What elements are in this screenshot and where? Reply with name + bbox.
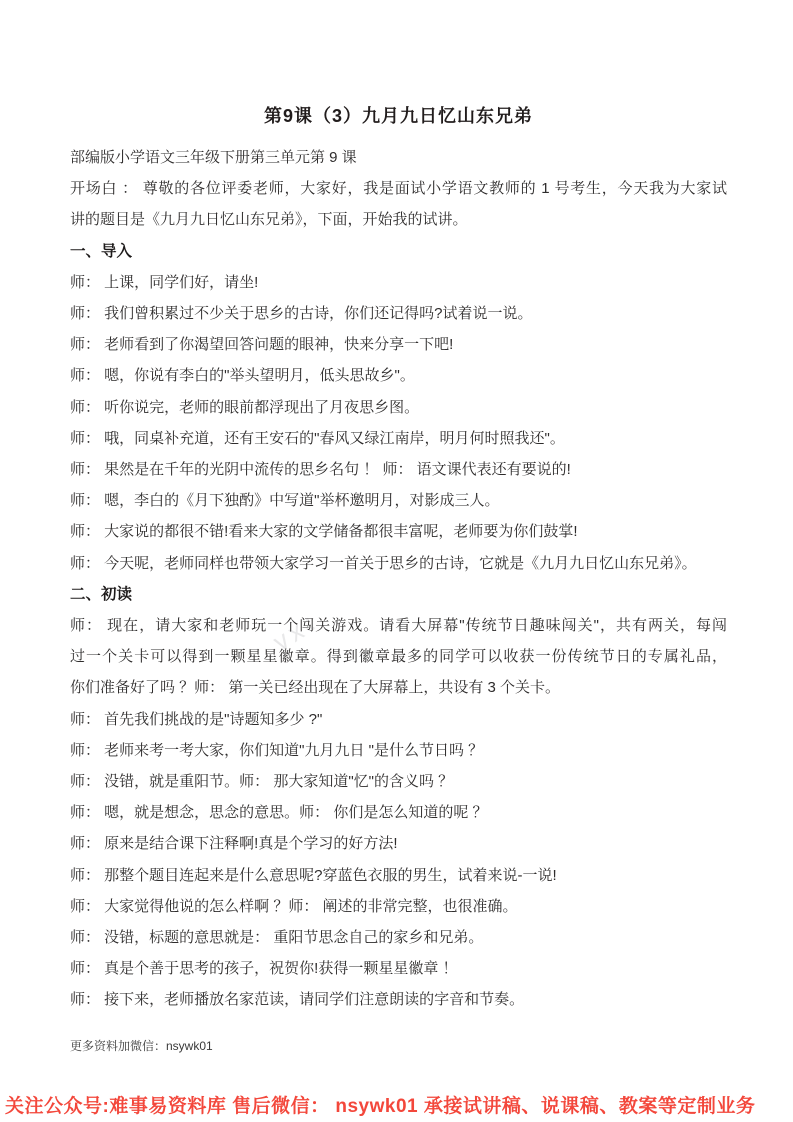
script-line: 师： 原来是结合课下注释啊!真是个学习的好方法!	[70, 828, 727, 859]
script-line: 开场白 ： 尊敬的各位评委老师，大家好，我是面试小学语文教师的 1 号考生，今天…	[70, 173, 727, 204]
script-line: 过一个关卡可以得到一颗星星徽章。得到徽章最多的同学可以收获一份传统节日的专属礼品…	[70, 641, 727, 672]
script-line: 师： 现在，请大家和老师玩一个闯关游戏。请看大屏幕"传统节日趣味闯关"，共有两关…	[70, 610, 727, 641]
script-line: 师： 上课，同学们好，请坐!	[70, 267, 727, 298]
document-content: 第9课（3）九月九日忆山东兄弟 部编版小学语文三年级下册第三单元第 9 课 开场…	[0, 0, 793, 1016]
script-line: 师： 果然是在千年的光阴中流传的思乡名句 ！ 师： 语文课代表还有要说的!	[70, 454, 727, 485]
script-line: 师： 今天呢，老师同样也带领大家学习一首关于思乡的古诗，它就是《九月九日忆山东兄…	[70, 548, 727, 579]
script-line: 你们准备好了吗 ？师： 第一关已经出现在了大屏幕上，共设有 3 个关卡。	[70, 672, 727, 703]
script-line: 师： 嗯，李白的《月下独酌》中写道"举杯邀明月，对影成三人。	[70, 485, 727, 516]
script-line: 师： 嗯，你说有李白的"举头望明月，低头思故乡"。	[70, 360, 727, 391]
script-line: 师： 没错，标题的意思就是： 重阳节思念自己的家乡和兄弟。	[70, 922, 727, 953]
document-page: 第9课（3）九月九日忆山东兄弟 部编版小学语文三年级下册第三单元第 9 课 开场…	[0, 0, 793, 1122]
promo-banner: 关注公众号:难事易资料库 售后微信： nsywk01 承接试讲稿、说课稿、教案等…	[5, 1091, 793, 1118]
script-line: 师： 大家说的都很不错!看来大家的文学储备都很丰富呢，老师要为你们鼓掌!	[70, 516, 727, 547]
script-line: 师： 首先我们挑战的是"诗题知多少 ?"	[70, 704, 727, 735]
script-line: 讲的题目是《九月九日忆山东兄弟》，下面，开始我的试讲。	[70, 204, 727, 235]
script-line: 师： 我们曾积累过不少关于思乡的古诗，你们还记得吗?试着说一说。	[70, 298, 727, 329]
script-line: 师： 没错，就是重阳节。师： 那大家知道"忆"的含义吗 ？	[70, 766, 727, 797]
script-line: 师： 听你说完，老师的眼前都浮现出了月夜思乡图。	[70, 392, 727, 423]
wechat-note: 更多资料加微信：nsywk01	[70, 1037, 213, 1054]
script-line: 师： 嗯，就是想念，思念的意思。师： 你们是怎么知道的呢 ？	[70, 797, 727, 828]
script-line: 师： 大家觉得他说的怎么样啊 ？师： 阐述的非常完整，也很准确。	[70, 891, 727, 922]
document-title: 第9课（3）九月九日忆山东兄弟	[70, 104, 727, 128]
script-line: 师： 真是个善于思考的孩子，祝贺你!获得一颗星星徽章 ！	[70, 953, 727, 984]
section-heading-chudu: 二、初读	[70, 579, 727, 610]
section-heading-daoru: 一、导入	[70, 236, 727, 267]
script-line: 师： 老师来考一考大家，你们知道"九月九日 "是什么节日吗 ？	[70, 735, 727, 766]
script-line: 师： 哦，同桌补充道，还有王安石的"春风又绿江南岸，明月何时照我还"。	[70, 423, 727, 454]
source-line: 部编版小学语文三年级下册第三单元第 9 课	[70, 142, 727, 173]
script-line: 师： 那整个题目连起来是什么意思呢?穿蓝色衣服的男生，试着来说-一说!	[70, 860, 727, 891]
script-line: 师： 老师看到了你渴望回答问题的眼神，快来分享一下吧!	[70, 329, 727, 360]
script-line: 师： 接下来，老师播放名家范读，请同学们注意朗读的字音和节奏。	[70, 984, 727, 1015]
